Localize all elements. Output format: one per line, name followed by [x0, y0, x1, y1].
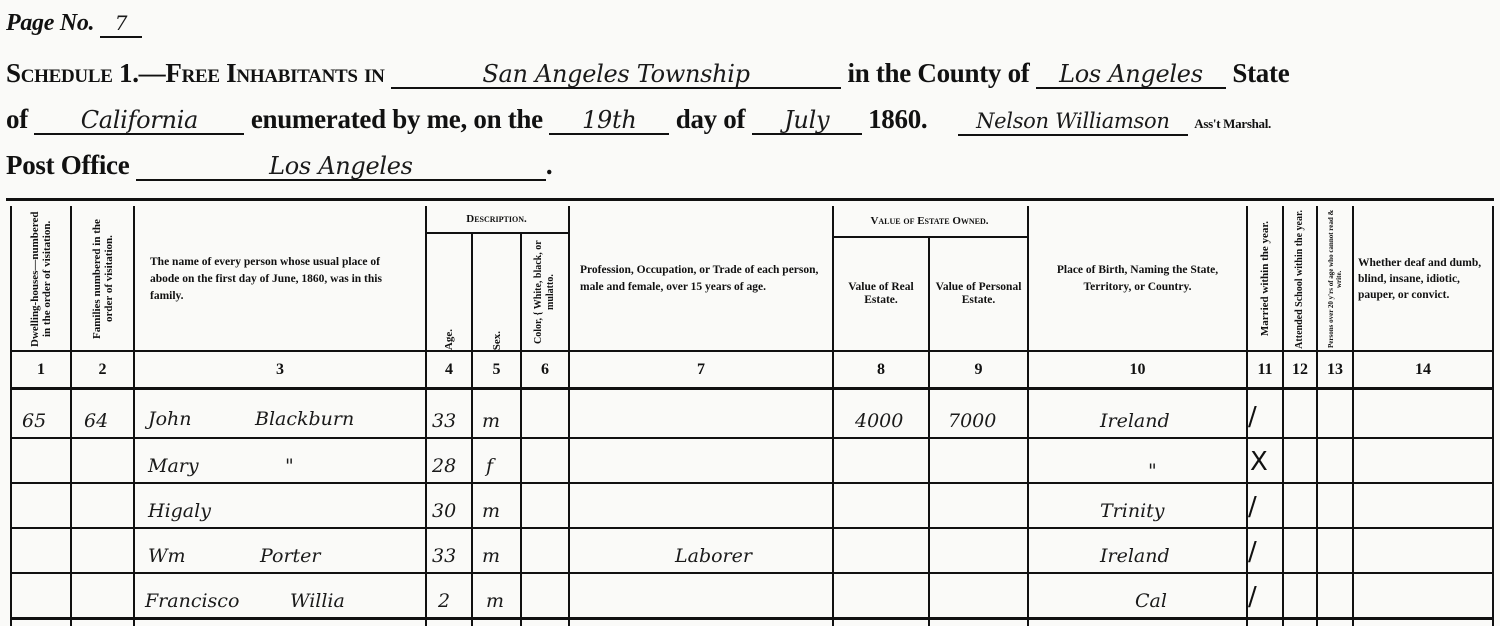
- birthplace: ": [1148, 460, 1157, 482]
- col-number: 10: [1029, 352, 1246, 387]
- last-name: Willia: [290, 590, 345, 612]
- col-number: 7: [570, 352, 832, 387]
- col11-header: Married within the year.: [1248, 208, 1282, 350]
- married-mark: /: [1248, 492, 1257, 522]
- col-border: [1492, 206, 1494, 626]
- col-number: 14: [1354, 352, 1492, 387]
- dwelling-number: 65: [22, 410, 46, 432]
- occupation: Laborer: [675, 545, 752, 567]
- county-field: Los Angeles: [1036, 61, 1226, 89]
- month-field: July: [752, 107, 862, 135]
- col6-header: Color, { White, black, or mulatto.: [522, 234, 568, 350]
- birthplace: Cal: [1135, 590, 1167, 612]
- first-name: Wm: [148, 545, 186, 567]
- col-number: 6: [522, 352, 568, 387]
- married-mark: /: [1248, 582, 1257, 612]
- col-number: 11: [1248, 352, 1282, 387]
- page-number: 7: [100, 10, 142, 38]
- col13-header: Persons over 20 y'rs of age who cannot r…: [1318, 208, 1352, 350]
- col7-header: Profession, Occupation, or Trade of each…: [580, 208, 825, 350]
- enumeration-line: of California enumerated by me, on the 1…: [6, 104, 1271, 136]
- col-number: 3: [135, 352, 425, 387]
- page-label: Page No.: [6, 10, 94, 36]
- col4-header: Age.: [427, 234, 471, 350]
- post-office-line: Post Office Los Angeles.: [6, 150, 552, 181]
- col10-header: Place of Birth, Naming the State, Territ…: [1035, 208, 1240, 350]
- col-number: 5: [473, 352, 520, 387]
- col14-header: Whether deaf and dumb, blind, insane, id…: [1358, 208, 1488, 350]
- col-number: 8: [834, 352, 928, 387]
- sex: m: [486, 590, 504, 612]
- post-office-field: Los Angeles: [136, 153, 546, 181]
- married-mark: /: [1248, 402, 1257, 432]
- personal-estate-value: 7000: [948, 410, 996, 432]
- age: 28: [432, 455, 456, 477]
- col-border: [1027, 206, 1029, 626]
- row-line: [10, 617, 1492, 620]
- sex: m: [482, 410, 500, 432]
- col-border: [568, 206, 570, 626]
- state-field: California: [34, 107, 244, 135]
- col-number: 12: [1284, 352, 1316, 387]
- col-border: [1352, 206, 1354, 626]
- col-number: 1: [12, 352, 70, 387]
- sex: m: [482, 500, 500, 522]
- last-name: ": [285, 455, 294, 477]
- marshal-label: Ass't Marshal.: [1194, 116, 1271, 131]
- age: 30: [432, 500, 456, 522]
- first-name: Mary: [148, 455, 199, 477]
- birthplace: Ireland: [1100, 410, 1170, 432]
- birthplace: Trinity: [1100, 500, 1165, 522]
- col5-header: Sex.: [473, 234, 520, 350]
- col9-header: Value of Personal Estate.: [930, 238, 1027, 350]
- col3-header: The name of every person whose usual pla…: [150, 208, 410, 350]
- col12-header: Attended School within the year.: [1284, 208, 1316, 350]
- col-number: 4: [427, 352, 471, 387]
- post-office-label: Post Office: [6, 150, 129, 180]
- estate-group-header: Value of Estate Owned.: [832, 206, 1027, 236]
- row-line: [10, 437, 1492, 439]
- body-divider: [10, 387, 1492, 390]
- real-estate-value: 4000: [855, 410, 903, 432]
- row-line: [10, 572, 1492, 574]
- last-name: Porter: [260, 545, 321, 567]
- schedule-title: Schedule 1.—Free Inhabitants in: [6, 58, 385, 88]
- col1-header: Dwelling-houses—numbered in the order of…: [12, 208, 70, 350]
- county-label: in the County of: [848, 58, 1030, 88]
- col2-header: Families numbered in the order of visita…: [72, 208, 133, 350]
- family-number: 64: [84, 410, 108, 432]
- col-number: 13: [1318, 352, 1352, 387]
- year: 1860.: [868, 104, 927, 134]
- schedule-title-line: Schedule 1.—Free Inhabitants in San Ange…: [6, 58, 1289, 89]
- age: 33: [432, 410, 456, 432]
- sex: m: [482, 545, 500, 567]
- col-border: [133, 206, 135, 626]
- township-field: San Angeles Township: [391, 61, 841, 89]
- row-line: [10, 527, 1492, 529]
- age: 33: [432, 545, 456, 567]
- description-group-header: Description.: [425, 206, 568, 232]
- col-number: 2: [72, 352, 133, 387]
- day-field: 19th: [549, 107, 669, 135]
- state-label: State: [1232, 58, 1289, 88]
- day-of-label: day of: [676, 104, 745, 134]
- married-mark: /: [1248, 537, 1257, 567]
- married-mark: X: [1250, 447, 1268, 477]
- col8-header: Value of Real Estate.: [834, 238, 928, 350]
- first-name: John: [148, 408, 192, 430]
- row-line: [10, 482, 1492, 484]
- of-label: of: [6, 104, 28, 134]
- first-name: Francisco: [145, 590, 239, 612]
- header-divider: [6, 198, 1494, 201]
- col-number: 9: [930, 352, 1027, 387]
- enumerated-label: enumerated by me, on the: [251, 104, 543, 134]
- birthplace: Ireland: [1100, 545, 1170, 567]
- sex: f: [486, 455, 493, 477]
- age: 2: [438, 590, 450, 612]
- first-name: Higaly: [148, 500, 211, 522]
- last-name: Blackburn: [255, 408, 354, 430]
- marshal-name: Nelson Williamson: [958, 108, 1188, 136]
- page-number-line: Page No. 7: [6, 10, 142, 38]
